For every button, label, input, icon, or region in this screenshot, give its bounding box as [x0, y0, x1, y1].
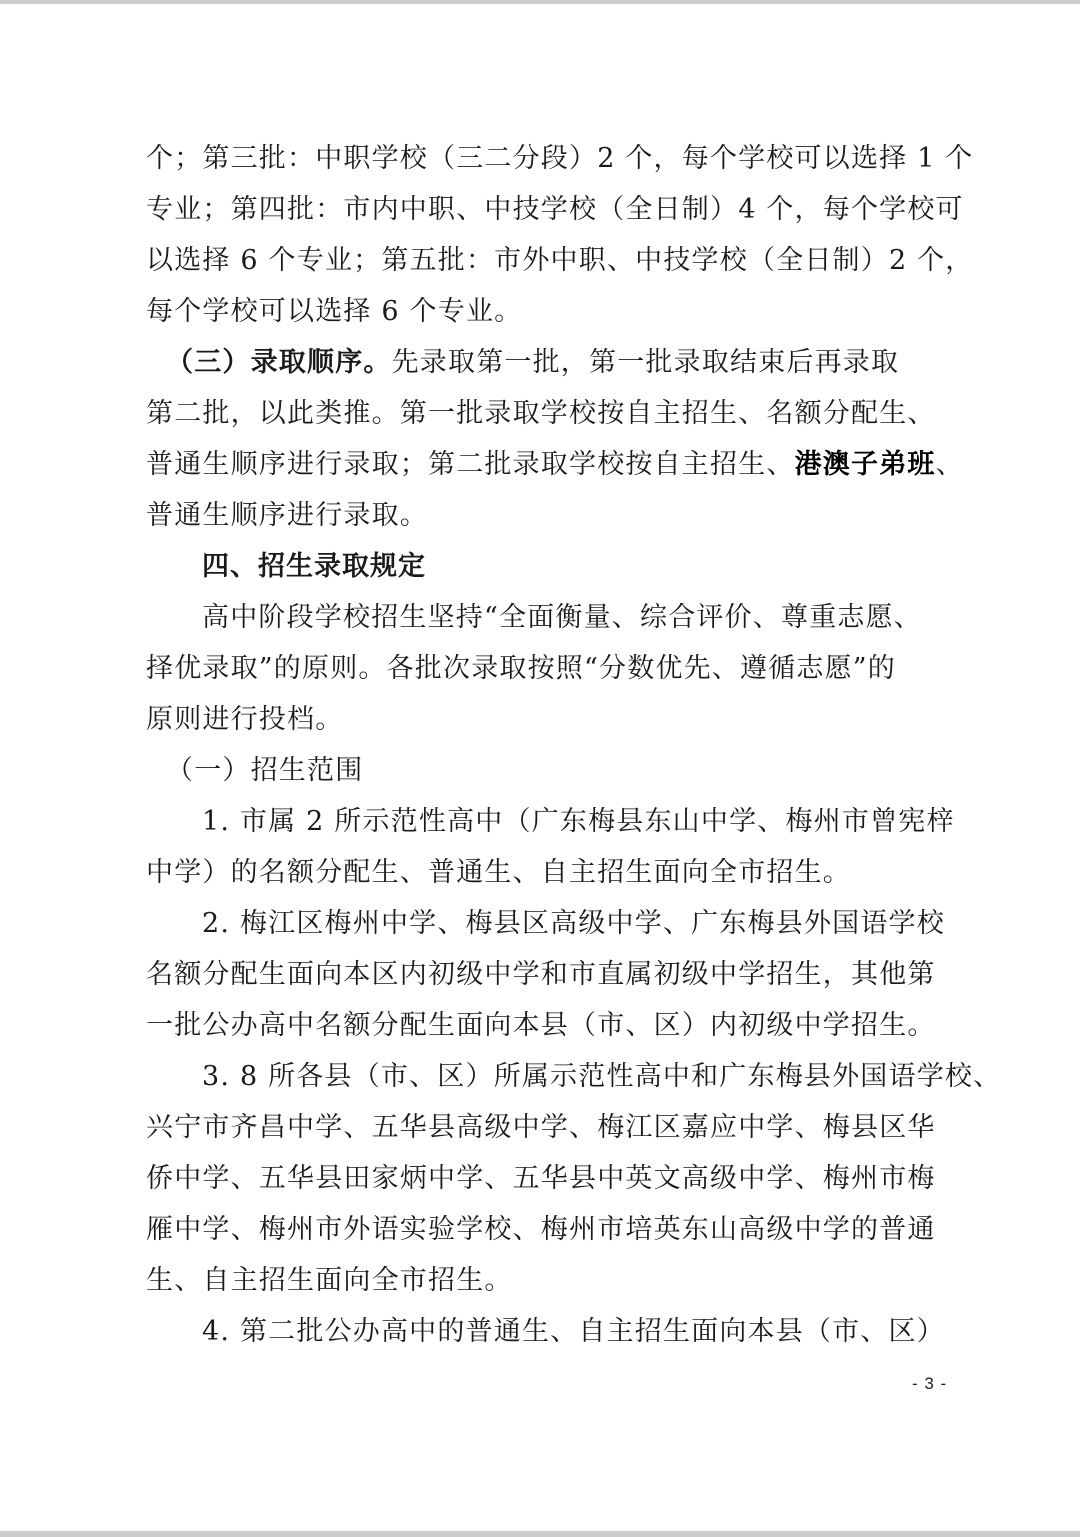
- list-item-1: 1. 市属 2 所示范性高中（广东梅县东山中学、梅州市曾宪梓 中学）的名额分配生…: [146, 799, 946, 901]
- text-line: 普通生顺序进行录取；第二批录取学校按自主招生、港澳子弟班、: [146, 442, 946, 493]
- text-line: 兴宁市齐昌中学、五华县高级中学、梅江区嘉应中学、梅县区华: [146, 1105, 946, 1156]
- text-line: （三）录取顺序。先录取第一批，第一批录取结束后再录取: [146, 340, 946, 391]
- list-item-2: 2. 梅江区梅州中学、梅县区高级中学、广东梅县外国语学校 名额分配生面向本区内初…: [146, 901, 946, 1054]
- emphasized-text: 港澳子弟班: [795, 449, 936, 480]
- subsection-heading-admission-order: （三）录取顺序。: [166, 347, 392, 378]
- bottom-edge-bar: [0, 1531, 1080, 1537]
- text-line: 以选择 6 个专业；第五批：市外中职、中技学校（全日制）2 个，: [146, 238, 946, 289]
- text-line: 原则进行投档。: [146, 697, 946, 748]
- text-line: 择优录取”的原则。各批次录取按照“分数优先、遵循志愿”的: [146, 646, 946, 697]
- text-line: 雁中学、梅州市外语实验学校、梅州市培英东山高级中学的普通: [146, 1207, 946, 1258]
- text-line: 名额分配生面向本区内初级中学和市直属初级中学招生，其他第: [146, 952, 946, 1003]
- text-line: 每个学校可以选择 6 个专业。: [146, 289, 946, 340]
- text-line: 高中阶段学校招生坚持“全面衡量、综合评价、尊重志愿、: [146, 595, 946, 646]
- text-span: 先录取第一批，第一批录取结束后再录取: [392, 347, 900, 378]
- paragraph-principles: 高中阶段学校招生坚持“全面衡量、综合评价、尊重志愿、 择优录取”的原则。各批次录…: [146, 595, 946, 748]
- text-line: 4. 第二批公办高中的普通生、自主招生面向本县（市、区）: [146, 1309, 946, 1360]
- text-line: 生、自主招生面向全市招生。: [146, 1258, 946, 1309]
- text-line: 一批公办高中名额分配生面向本县（市、区）内初级中学招生。: [146, 1003, 946, 1054]
- text-line: 侨中学、五华县田家炳中学、五华县中英文高级中学、梅州市梅: [146, 1156, 946, 1207]
- text-span: 普通生顺序进行录取；第二批录取学校按自主招生、: [146, 449, 795, 480]
- paragraph-admission-order: （三）录取顺序。先录取第一批，第一批录取结束后再录取 第二批，以此类推。第一批录…: [146, 340, 946, 544]
- text-line: 2. 梅江区梅州中学、梅县区高级中学、广东梅县外国语学校: [146, 901, 946, 952]
- text-line: 3. 8 所各县（市、区）所属示范性高中和广东梅县外国语学校、: [146, 1054, 946, 1105]
- list-item-4: 4. 第二批公办高中的普通生、自主招生面向本县（市、区）: [146, 1309, 946, 1360]
- paragraph-batch-choices: 个；第三批：中职学校（三二分段）2 个，每个学校可以选择 1 个 专业；第四批：…: [146, 136, 946, 340]
- text-line: 1. 市属 2 所示范性高中（广东梅县东山中学、梅州市曾宪梓: [146, 799, 946, 850]
- text-line: 普通生顺序进行录取。: [146, 493, 946, 544]
- text-line: 个；第三批：中职学校（三二分段）2 个，每个学校可以选择 1 个: [146, 136, 946, 187]
- text-line: 专业；第四批：市内中职、中技学校（全日制）4 个，每个学校可: [146, 187, 946, 238]
- text-line: 第二批，以此类推。第一批录取学校按自主招生、名额分配生、: [146, 391, 946, 442]
- top-edge-bar: [0, 0, 1080, 4]
- subsection-heading-scope: （一）招生范围: [146, 748, 946, 799]
- list-item-3: 3. 8 所各县（市、区）所属示范性高中和广东梅县外国语学校、 兴宁市齐昌中学、…: [146, 1054, 946, 1309]
- document-page: 个；第三批：中职学校（三二分段）2 个，每个学校可以选择 1 个 专业；第四批：…: [146, 136, 946, 1360]
- text-span: 、: [936, 449, 964, 480]
- section-heading: 四、招生录取规定: [146, 544, 946, 595]
- text-line: 中学）的名额分配生、普通生、自主招生面向全市招生。: [146, 850, 946, 901]
- page-number: - 3 -: [912, 1374, 947, 1394]
